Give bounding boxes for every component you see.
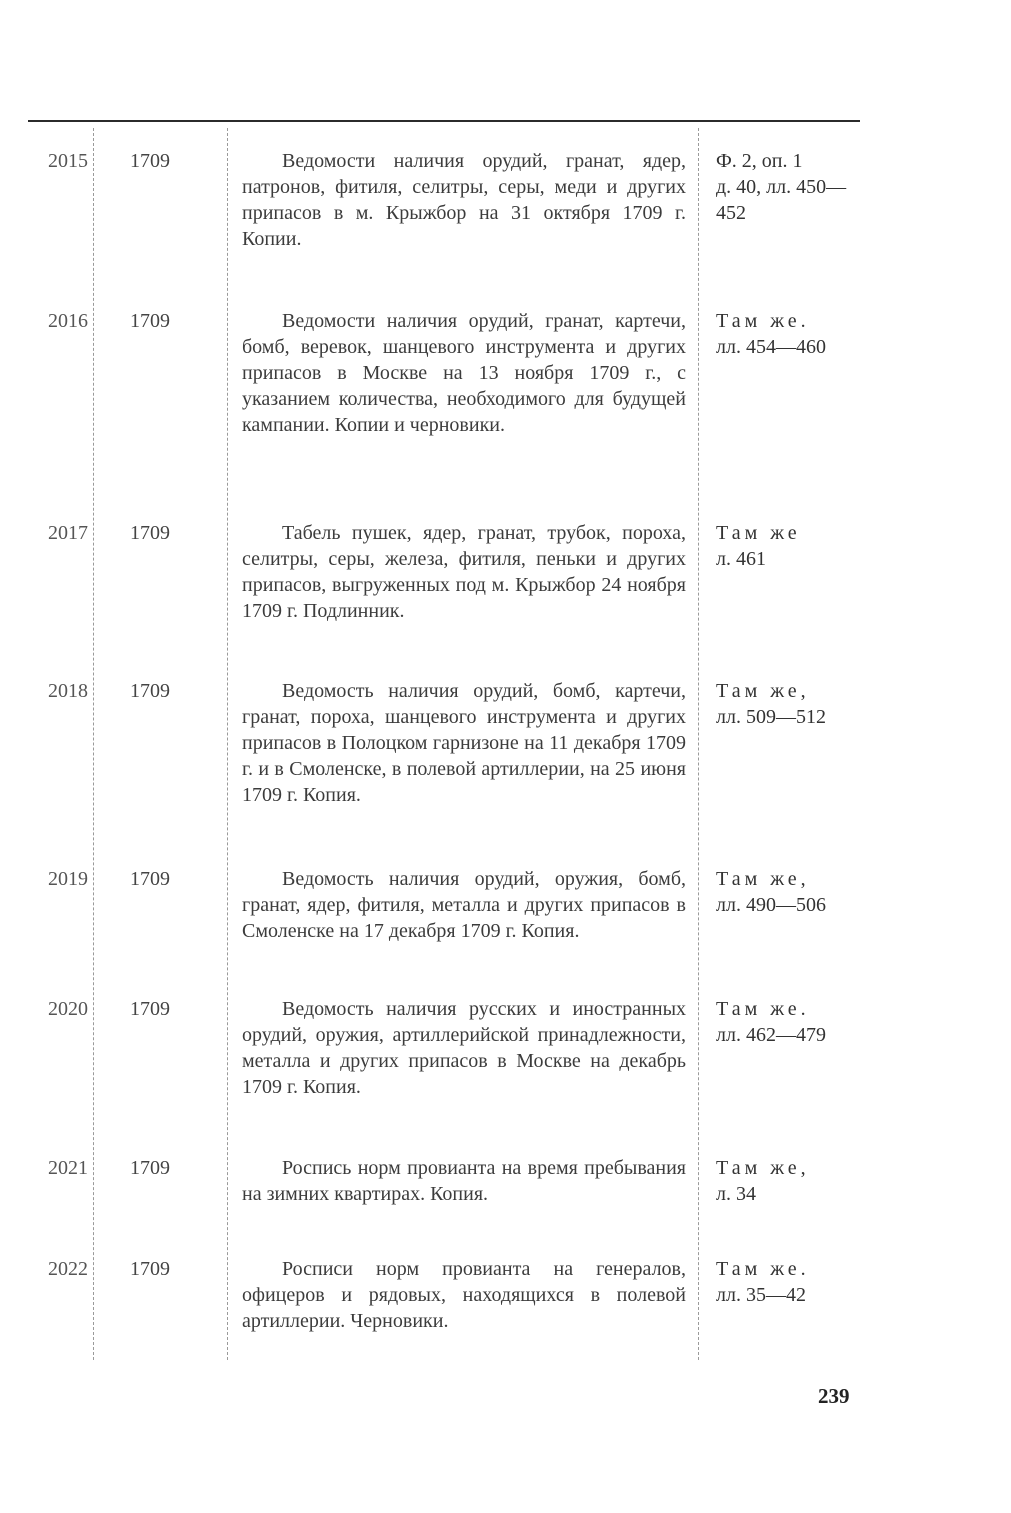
column-divider	[227, 128, 228, 1360]
entry-description: Роспись норм провианта на время пребыван…	[242, 1155, 686, 1207]
entry-description: Ведомость наличия орудий, бомб, картечи,…	[242, 678, 686, 808]
entry-year: 1709	[130, 520, 200, 546]
entry-number: 2020	[30, 996, 88, 1022]
entry-description: Ведомости наличия орудий, гранат, ядер, …	[242, 148, 686, 252]
entry-year: 1709	[130, 678, 200, 704]
reference-detail: лл. 454—460	[716, 334, 856, 360]
column-divider	[698, 128, 699, 1360]
reference-title: Там же.	[716, 1256, 856, 1282]
entry-reference: Там же л. 461	[716, 520, 856, 572]
entry-reference: Там же. лл. 35—42	[716, 1256, 856, 1308]
reference-title: Там же.	[716, 308, 856, 334]
column-divider	[93, 128, 94, 1360]
entry-reference: Там же, л. 34	[716, 1155, 856, 1207]
entry-number: 2021	[30, 1155, 88, 1181]
entry-number: 2016	[30, 308, 88, 334]
entry-year: 1709	[130, 308, 200, 334]
entry-year: 1709	[130, 1155, 200, 1181]
reference-title: Там же,	[716, 1155, 856, 1181]
entry-description: Ведомости наличия орудий, гранат, картеч…	[242, 308, 686, 438]
page-number: 239	[818, 1384, 850, 1409]
reference-detail: лл. 35—42	[716, 1282, 856, 1308]
entry-description: Ведомость наличия орудий, оружия, бомб, …	[242, 866, 686, 944]
entry-reference: Ф. 2, оп. 1 д. 40, лл. 450—452	[716, 148, 856, 226]
entry-description: Ведомость наличия русских и иностранных …	[242, 996, 686, 1100]
reference-detail: лл. 490—506	[716, 892, 856, 918]
entry-number: 2022	[30, 1256, 88, 1282]
entry-reference: Там же, лл. 490—506	[716, 866, 856, 918]
reference-title: Там же,	[716, 866, 856, 892]
entry-reference: Там же. лл. 454—460	[716, 308, 856, 360]
entry-number: 2018	[30, 678, 88, 704]
reference-detail: л. 34	[716, 1181, 856, 1207]
entry-number: 2017	[30, 520, 88, 546]
reference-title: Там же	[716, 520, 856, 546]
reference-detail: лл. 462—479	[716, 1022, 856, 1048]
entry-description: Росписи норм провианта на генералов, офи…	[242, 1256, 686, 1334]
entry-reference: Там же. лл. 462—479	[716, 996, 856, 1048]
reference-detail: д. 40, лл. 450—452	[716, 174, 856, 226]
reference-title: Ф. 2, оп. 1	[716, 148, 856, 174]
reference-title: Там же,	[716, 678, 856, 704]
entry-year: 1709	[130, 996, 200, 1022]
entry-description: Табель пушек, ядер, гранат, трубок, поро…	[242, 520, 686, 624]
entry-year: 1709	[130, 148, 200, 174]
entry-number: 2019	[30, 866, 88, 892]
entry-year: 1709	[130, 1256, 200, 1282]
entry-number: 2015	[30, 148, 88, 174]
reference-detail: лл. 509—512	[716, 704, 856, 730]
entry-reference: Там же, лл. 509—512	[716, 678, 856, 730]
entry-year: 1709	[130, 866, 200, 892]
reference-title: Там же.	[716, 996, 856, 1022]
reference-detail: л. 461	[716, 546, 856, 572]
top-rule	[28, 120, 860, 122]
